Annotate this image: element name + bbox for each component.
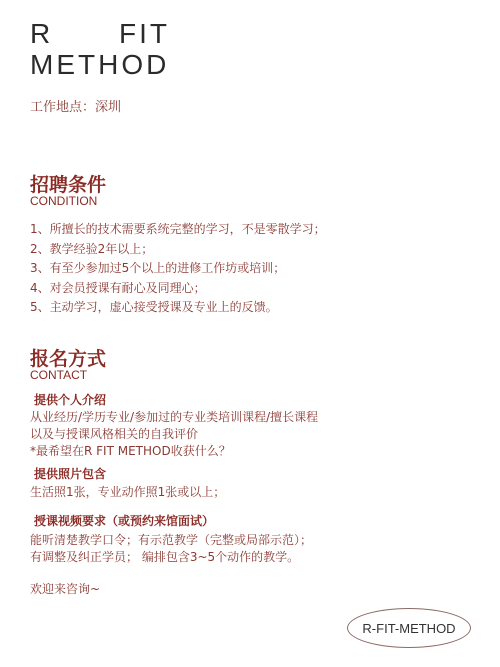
condition-title: 招聘条件 — [30, 170, 106, 197]
list-item: 4、对会员授课有耐心及同理心； — [30, 279, 326, 299]
video-line: 有调整及纠正学员； 编排包含3~5个动作的教学。 — [30, 549, 312, 566]
brand-badge: R-FIT-METHOD — [347, 608, 471, 648]
intro-body: 从业经历/学历专业/参加过的专业类培训课程/擅长课程 以及与授课风格相关的自我评… — [30, 409, 318, 460]
list-item: 1、所擅长的技术需要系统完整的学习，不是零散学习； — [30, 220, 326, 240]
contact-title: 报名方式 — [30, 344, 106, 371]
video-line: 能听清楚教学口令；有示范教学（完整或局部示范）； — [30, 532, 312, 549]
list-item: 5、主动学习，虚心接受授课及专业上的反馈。 — [30, 298, 326, 318]
brand-logo: R FIT METHOD — [30, 20, 170, 79]
welcome-text: 欢迎来咨询~ — [30, 580, 100, 597]
logo-method: METHOD — [30, 51, 170, 79]
intro-line: 以及与授课风格相关的自我评价 — [30, 426, 318, 443]
video-body: 能听清楚教学口令；有示范教学（完整或局部示范）； 有调整及纠正学员； 编排包含3… — [30, 532, 312, 566]
intro-line: *最希望在R FIT METHOD收获什么？ — [30, 443, 318, 460]
logo-r: R — [30, 20, 53, 48]
contact-subtitle: CONTACT — [30, 368, 87, 382]
list-item: 2、教学经验2年以上； — [30, 240, 326, 260]
intro-line: 从业经历/学历专业/参加过的专业类培训课程/擅长课程 — [30, 409, 318, 426]
work-location: 工作地点：深圳 — [30, 96, 121, 115]
condition-list: 1、所擅长的技术需要系统完整的学习，不是零散学习； 2、教学经验2年以上； 3、… — [30, 220, 326, 318]
photo-body: 生活照1张，专业动作照1张或以上； — [30, 484, 225, 501]
photo-line: 生活照1张，专业动作照1张或以上； — [30, 484, 225, 501]
video-heading: 授课视频要求（或预约来馆面试） — [30, 512, 217, 529]
list-item: 3、有至少参加过5个以上的进修工作坊或培训； — [30, 259, 326, 279]
logo-fit: FIT — [119, 20, 170, 48]
photo-heading: 提供照片包含 — [30, 465, 109, 482]
condition-subtitle: CONDITION — [30, 194, 97, 208]
intro-heading: 提供个人介绍 — [30, 391, 109, 408]
